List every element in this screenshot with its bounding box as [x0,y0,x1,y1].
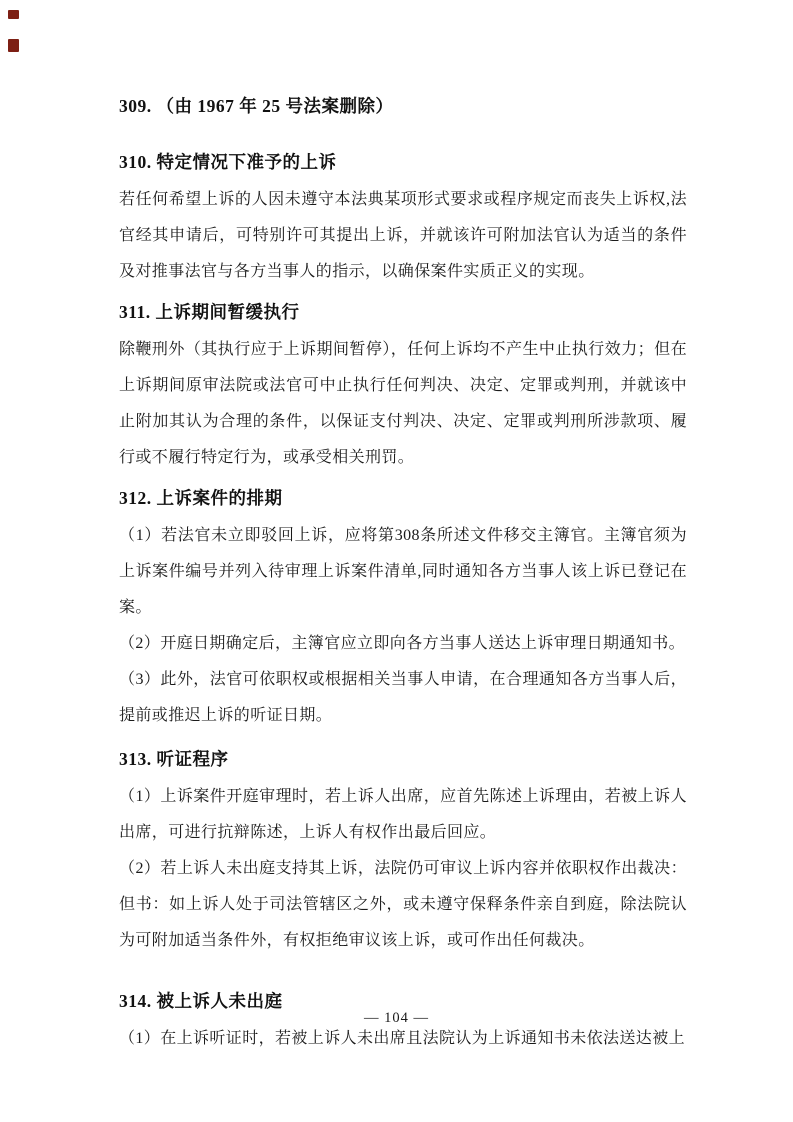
section-paragraphs: （1）若法官未立即驳回上诉，应将第308条所述文件移交主簿官。主簿官须为上诉案件… [119,518,687,734]
page-number: — 104 — [0,1010,793,1027]
section-heading: 313. 听证程序 [119,745,687,773]
red-annotation-mark-bottom [8,39,19,52]
document-body: 309. （由 1967 年 25 号法案删除） 310. 特定情况下准予的上诉… [119,92,687,1057]
section-paragraphs: 若任何希望上诉的人因未遵守本法典某项形式要求或程序规定而丧失上诉权,法官经其申请… [119,182,687,290]
section-312: 312. 上诉案件的排期 （1）若法官未立即驳回上诉，应将第308条所述文件移交… [119,484,687,734]
section-paragraph: （2）开庭日期确定后，主簿官应立即向各方当事人送达上诉审理日期通知书。 [119,626,687,662]
section-paragraphs: 除鞭刑外（其执行应于上诉期间暂停），任何上诉均不产生中止执行效力；但在上诉期间原… [119,332,687,476]
section-heading: 311. 上诉期间暂缓执行 [119,298,687,326]
section-paragraph: （3）此外，法官可依职权或根据相关当事人申请，在合理通知各方当事人后，提前或推迟… [119,662,687,734]
section-310: 310. 特定情况下准予的上诉 若任何希望上诉的人因未遵守本法典某项形式要求或程… [119,148,687,290]
section-paragraph: （1）若法官未立即驳回上诉，应将第308条所述文件移交主簿官。主簿官须为上诉案件… [119,518,687,626]
section-paragraph: （1）上诉案件开庭审理时，若上诉人出席，应首先陈述上诉理由，若被上诉人出席，可进… [119,779,687,851]
section-313: 313. 听证程序 （1）上诉案件开庭审理时，若上诉人出席，应首先陈述上诉理由，… [119,745,687,959]
section-paragraph: 若任何希望上诉的人因未遵守本法典某项形式要求或程序规定而丧失上诉权,法官经其申请… [119,182,687,290]
section-paragraph: （2）若上诉人未出庭支持其上诉，法院仍可审议上诉内容并依职权作出裁决：但书：如上… [119,851,687,959]
document-page: 309. （由 1967 年 25 号法案删除） 310. 特定情况下准予的上诉… [0,0,793,1122]
section-paragraph: 除鞭刑外（其执行应于上诉期间暂停），任何上诉均不产生中止执行效力；但在上诉期间原… [119,332,687,476]
section-paragraphs: （1）上诉案件开庭审理时，若上诉人出席，应首先陈述上诉理由，若被上诉人出席，可进… [119,779,687,959]
section-309: 309. （由 1967 年 25 号法案删除） [119,92,687,120]
section-heading: 309. （由 1967 年 25 号法案删除） [119,92,687,120]
red-annotation-mark-top [8,10,19,19]
section-heading: 310. 特定情况下准予的上诉 [119,148,687,176]
section-311: 311. 上诉期间暂缓执行 除鞭刑外（其执行应于上诉期间暂停），任何上诉均不产生… [119,298,687,476]
section-heading: 312. 上诉案件的排期 [119,484,687,512]
